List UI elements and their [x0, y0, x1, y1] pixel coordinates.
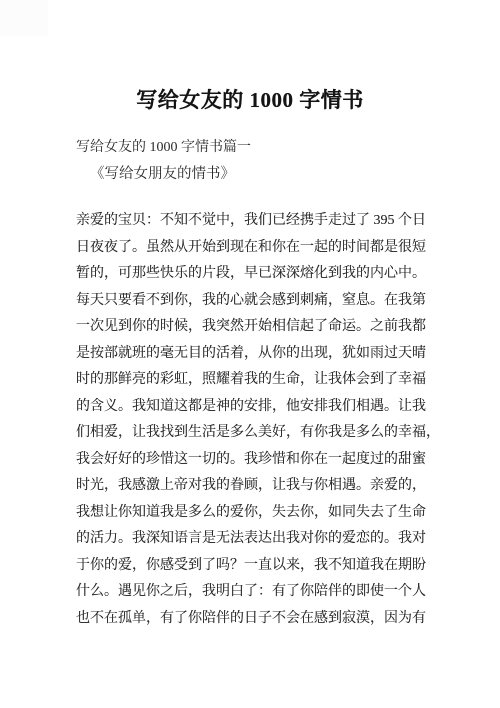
document-page: 写给女友的 1000 字情书 写给女友的 1000 字情书篇一 《写给女朋友的情… — [0, 0, 500, 708]
document-title: 写给女友的 1000 字情书 — [0, 88, 500, 113]
letter-heading: 《写给女朋友的情书》 — [90, 164, 235, 184]
letter-body-text: 亲爱的宝贝：不知不觉中，我们已经携手走过了 395 个日 日夜夜了。虽然从开始到… — [76, 208, 448, 632]
corner-shade — [0, 0, 48, 36]
section-subtitle: 写给女友的 1000 字情书篇一 — [76, 138, 251, 157]
